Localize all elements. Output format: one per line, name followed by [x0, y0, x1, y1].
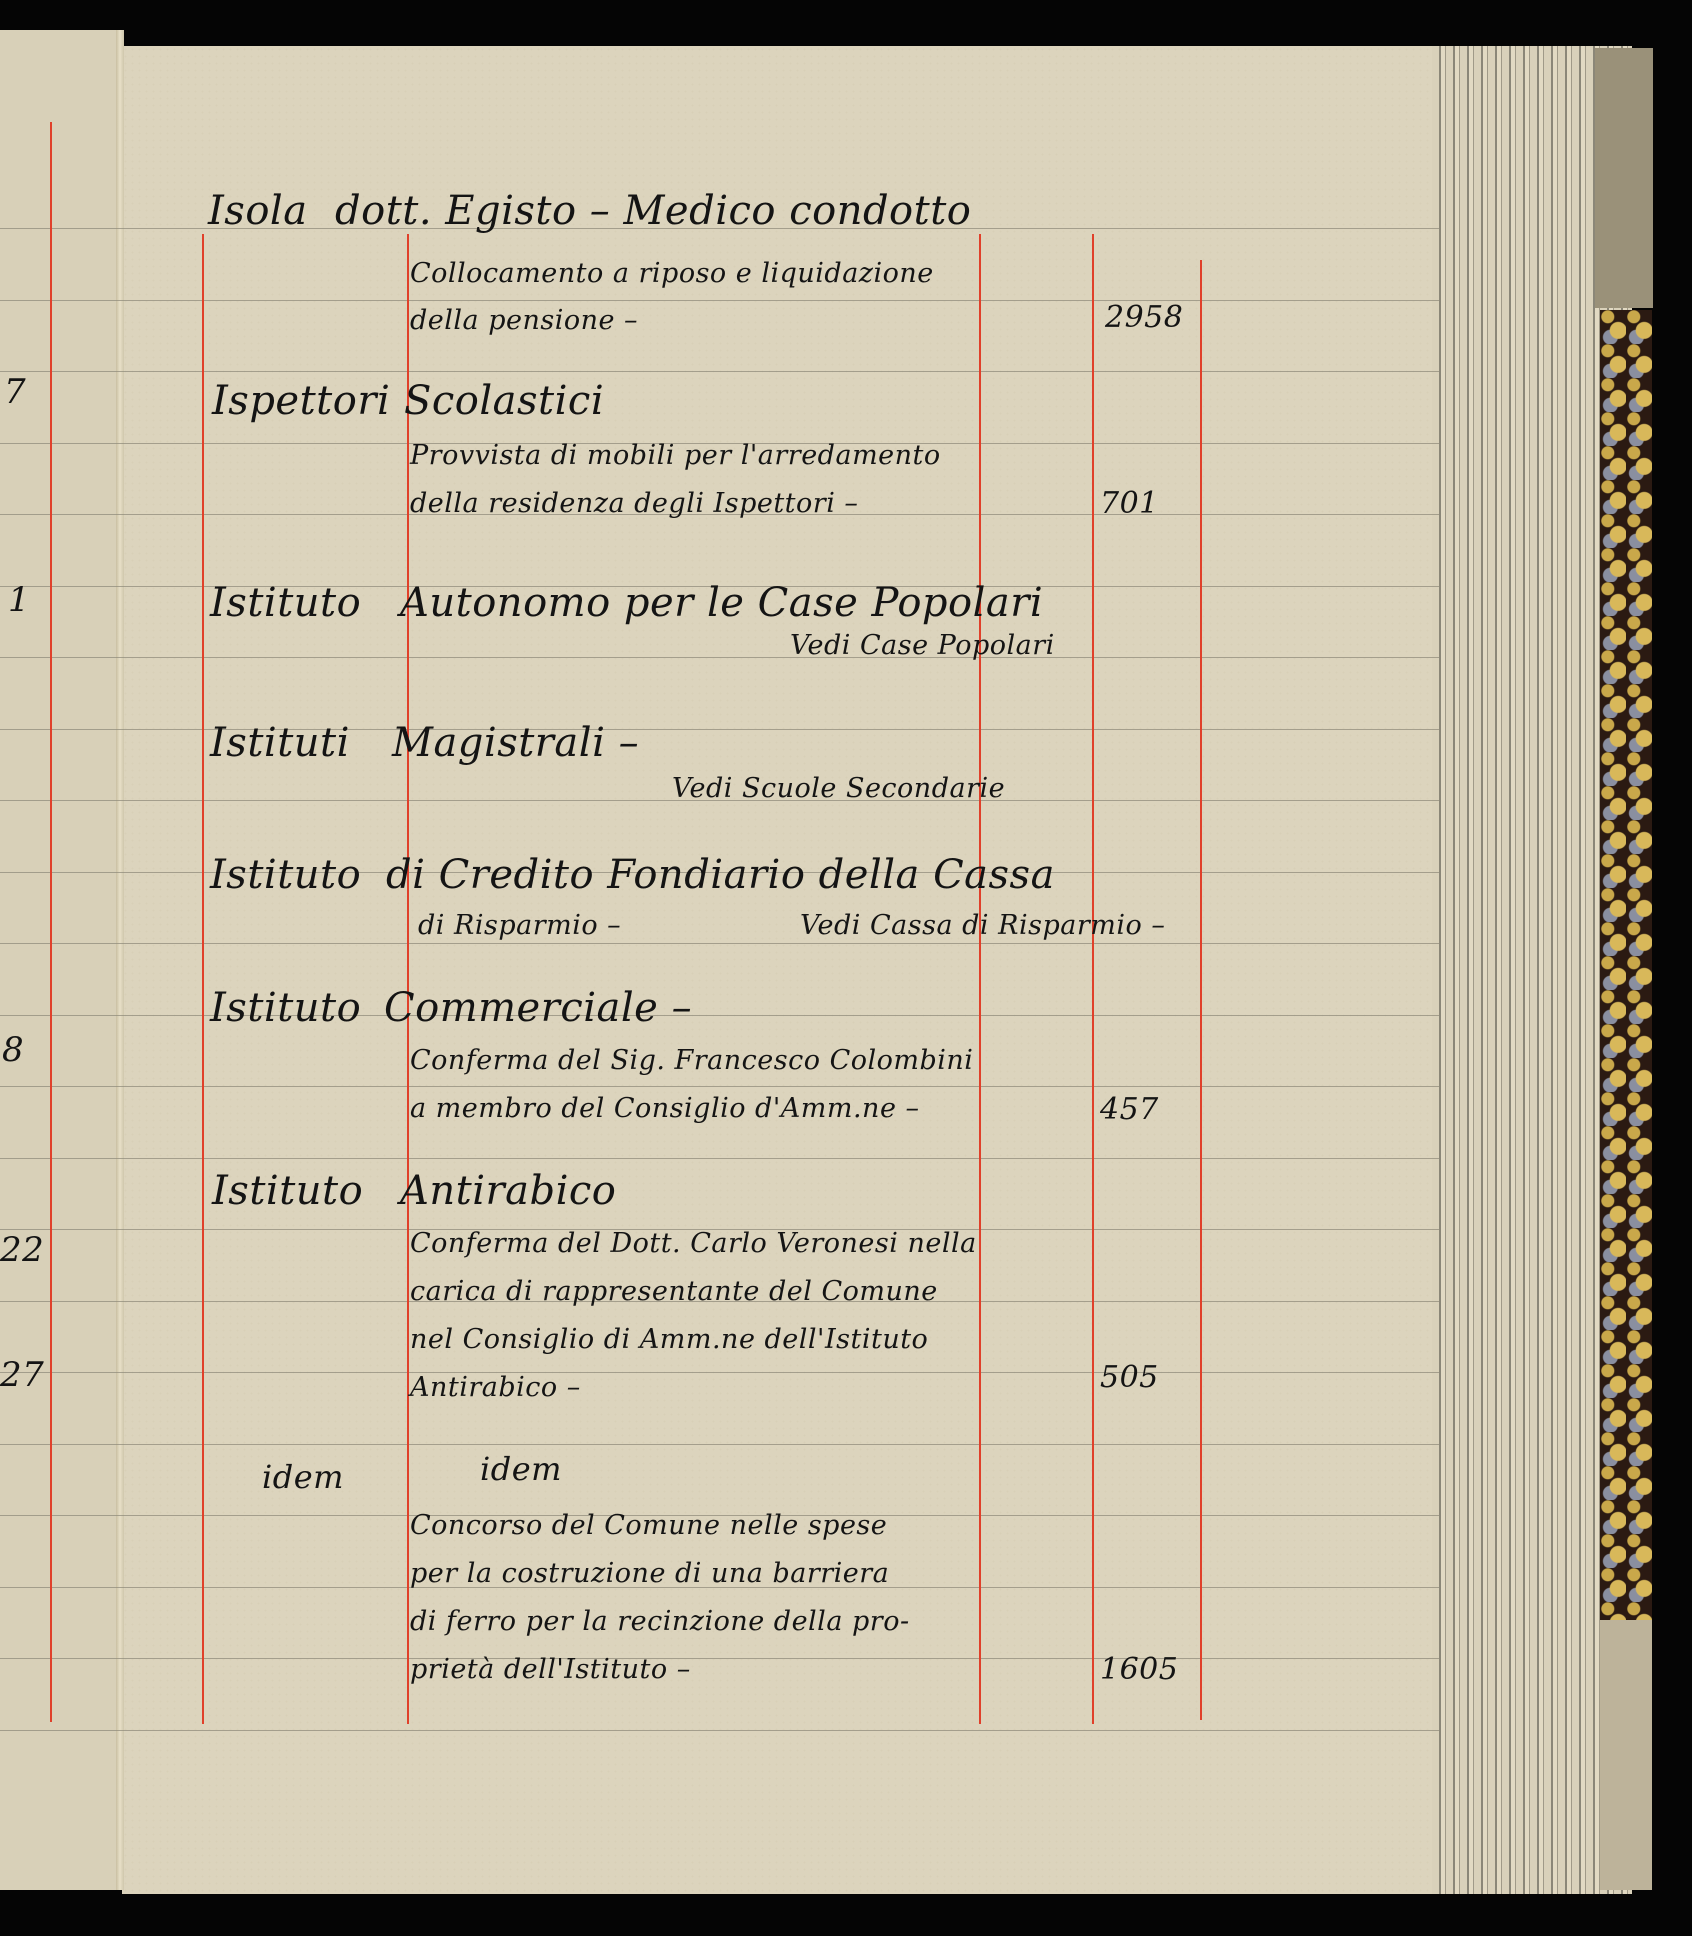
entry-description-line: Collocamento a riposo e liquidazione	[410, 258, 934, 289]
ruled-line	[0, 371, 1440, 372]
margin-line-number	[1092, 234, 1094, 1724]
entry-subject: Istituto	[210, 852, 361, 898]
left-fragment: 27	[0, 1355, 44, 1395]
ruled-line	[0, 1372, 1440, 1373]
entry-subject: Istituto	[210, 580, 361, 626]
ruled-line	[0, 1730, 1440, 1731]
entry-description-line: per la costruzione di una barriera	[410, 1558, 889, 1589]
ruled-line	[0, 657, 1440, 658]
ruled-line	[0, 1158, 1440, 1159]
entry-subject: Istituto	[210, 985, 361, 1031]
cover-corner-bottom	[1600, 1620, 1652, 1890]
entry-description-line: Conferma del Dott. Carlo Veronesi nella	[410, 1228, 977, 1259]
entry-reference: Vedi Case Popolari	[790, 630, 1055, 661]
entry-heading: di Credito Fondiario della Cassa	[386, 852, 1055, 898]
entry-description-line: prietà dell'Istituto –	[410, 1654, 691, 1685]
entry-reference: Vedi Cassa di Risparmio –	[800, 910, 1165, 941]
margin-line-reference	[979, 234, 981, 1724]
ruled-line	[0, 1444, 1440, 1445]
left-fragment: 7	[4, 372, 26, 412]
ruled-line	[0, 300, 1440, 301]
entry-number: 701	[1100, 486, 1159, 521]
entry-reference: Vedi Scuole Secondarie	[672, 773, 1005, 804]
entry-heading: Scolastici	[404, 378, 604, 424]
ruled-line	[0, 943, 1440, 944]
ruled-line	[0, 1086, 1440, 1087]
entry-heading: dott. Egisto – Medico condotto	[335, 188, 971, 234]
entry-subject: Ispettori	[212, 378, 390, 424]
entry-heading: Commerciale –	[384, 985, 692, 1031]
left-fragment: 22	[0, 1230, 44, 1270]
entry-description-line: Antirabico –	[410, 1372, 581, 1403]
entry-heading: Antirabico	[400, 1168, 616, 1214]
entry-description-line: della pensione –	[410, 305, 638, 336]
marbled-cover	[1600, 310, 1652, 1620]
entry-description-line: di Risparmio –	[418, 910, 621, 941]
left-page-margin-line	[50, 122, 52, 1722]
entry-subject: Isola	[208, 188, 308, 234]
entry-number: 2958	[1105, 300, 1183, 335]
entry-description-line: Provvista di mobili per l'arredamento	[410, 440, 941, 471]
book-gutter	[116, 30, 124, 1890]
entry-heading: Magistrali –	[392, 720, 639, 766]
entry-heading: idem	[480, 1450, 562, 1488]
entry-number: 457	[1100, 1092, 1159, 1127]
entry-description-line: a membro del Consiglio d'Amm.ne –	[410, 1093, 920, 1124]
entry-description-line: Conferma del Sig. Francesco Colombini	[410, 1045, 973, 1076]
entry-description-line: nel Consiglio di Amm.ne dell'Istituto	[410, 1324, 928, 1355]
entry-subject: Istituto	[212, 1168, 363, 1214]
margin-line-description	[407, 234, 409, 1724]
left-fragment: 8	[2, 1030, 24, 1070]
entry-subject: idem	[262, 1458, 344, 1496]
cover-corner-top	[1595, 48, 1653, 308]
left-fragment: 1	[8, 580, 30, 620]
entry-description-line: di ferro per la recinzione della pro-	[410, 1606, 910, 1637]
entry-description-line: della residenza degli Ispettori –	[410, 488, 858, 519]
entry-description-line: carica di rappresentante del Comune	[410, 1276, 938, 1307]
entry-subject: Istituti	[210, 720, 350, 766]
entry-number: 505	[1100, 1360, 1159, 1395]
entry-number: 1605	[1100, 1652, 1178, 1687]
entry-description-line: Concorso del Comune nelle spese	[410, 1510, 887, 1541]
margin-line-subject	[202, 234, 204, 1724]
margin-line-right	[1200, 260, 1202, 1720]
entry-heading: Autonomo per le Case Popolari	[400, 580, 1043, 626]
ruled-line	[0, 1658, 1440, 1659]
left-page	[0, 30, 120, 1890]
